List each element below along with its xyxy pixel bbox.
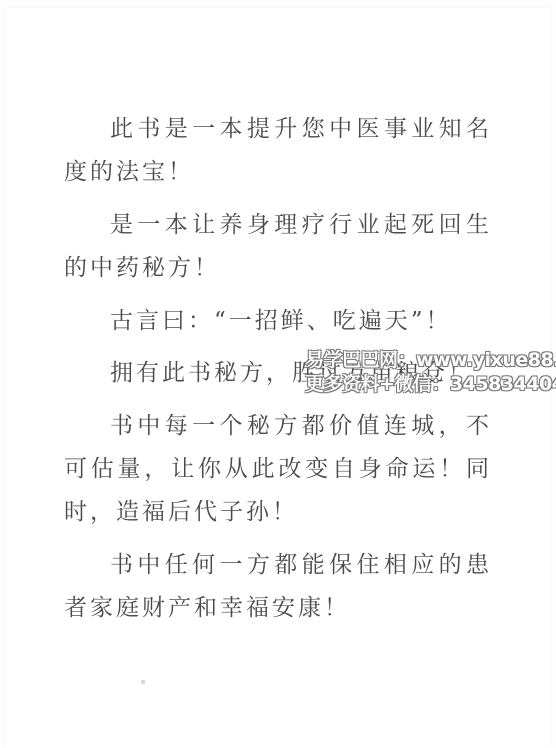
watermark-site: 易学巴巴网：www.yixue88.cn bbox=[305, 349, 556, 371]
paragraph-2: 是一本让养身理疗行业起死回生的中药秘方！ bbox=[64, 204, 492, 290]
paragraph-1: 此书是一本提升您中医事业知名度的法宝！ bbox=[64, 108, 492, 194]
paragraph-3: 古言曰：“一招鲜、吃遍天”！ bbox=[64, 300, 492, 343]
paragraph-5: 书中每一个秘方都价值连城，不可估量，让你从此改变自身命运！同时，造福后代子孙！ bbox=[64, 405, 492, 534]
watermark-overlay: 易学巴巴网：www.yixue88.cn 更多资料+微信：3458344044 bbox=[305, 348, 556, 396]
watermark-contact: 更多资料+微信：3458344044 bbox=[305, 372, 556, 396]
scan-speck bbox=[141, 680, 145, 684]
paragraph-6: 书中任何一方都能保住相应的患者家庭财产和幸福安康！ bbox=[64, 544, 492, 630]
